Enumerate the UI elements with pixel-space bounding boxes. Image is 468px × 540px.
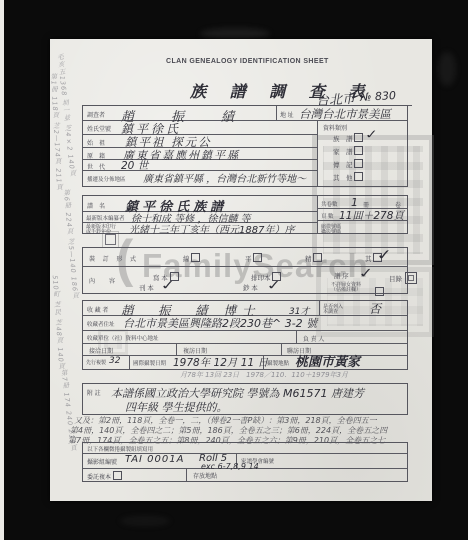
volumes-label: 共卷數 [321,200,338,208]
origin-label: 原 籍 [87,151,105,160]
content-option-copied: 鈔 本 [243,283,258,292]
film-place-value: 桃園市黃家 [295,351,360,370]
printed-header: CLAN GENEALOGY IDENTIFICATION SHEET [166,58,329,65]
pages-value: 11囬＋278頁 [339,208,404,223]
editors-label: 最新版本編纂者 [86,214,125,222]
checkbox-icon [191,253,200,262]
category-option-family: 家 譜 [333,146,363,156]
address-value: 台灣台北市景美區 [299,106,391,122]
title-label: 譜 名 [87,201,105,210]
checkmark: ✓ [375,247,393,264]
form-paper: 毛亥五1368 圳一並 芝4×2 140頁 第1冊 118頁 芝2—174頁 2… [50,39,432,501]
category-label: 資料類別 [323,123,347,132]
film-date-value: 1978年 12月 11 日 [173,355,268,370]
unit-number-label: 攝影組編號 [87,457,117,466]
doc-number: № 830 [360,89,397,104]
checkmark: ✓ [364,127,380,142]
table-line [129,355,130,369]
storage-place-label: 存放地點 [193,471,217,480]
binding-label: 裝 訂 形 式 [89,254,139,263]
option-label: 其 [365,256,372,263]
checkbox-icon [354,146,363,155]
copies-label: 先行複製 [86,359,106,366]
exclusion-note: exc 6-7,8,9 14 [201,462,259,471]
option-label: 傳 記 [333,162,353,169]
content-option-printed: 刊 本 [139,283,154,292]
checkmark: ✓ [358,265,375,281]
pencil-date-note: 月78年 13回 23日 1978／110．110＋1979年3月 [180,370,348,380]
option-label: 平 [245,256,252,263]
option-label: 線 [183,256,190,263]
option-label: 族 譜 [333,136,353,143]
binding-option-hard: 精 [305,253,322,263]
index-checkbox-icon [405,272,417,284]
checkmark: ✓ [266,277,283,293]
table-line [319,301,320,315]
content-label: 內 容 [89,276,119,285]
table-line [296,330,297,343]
ancestor-label: 始 祖 [87,138,105,147]
option-label: 鈔 本 [243,285,258,292]
option-label: 其 他 [333,175,353,182]
org-head-label: 負 責 人 [303,334,324,343]
spread-value: 廣東省鎮平縣 ，台灣台北新竹等地～ [143,170,306,185]
revisit-date-label: 複訪日期 [183,346,207,355]
contact-date-label: 接洽日期 [89,346,113,355]
copies-value: 32 [109,356,120,366]
content-option-preface: 譜 序 [334,271,349,280]
women-checkbox [375,282,384,300]
surveyor-label: 調查者 [87,110,105,119]
option-label: 刊 本 [139,285,154,292]
spread-label: 播遷及分佈地區 [87,175,126,183]
film-place-label: 攝製地點 [267,359,289,367]
option-label: 精 [305,256,312,263]
option-label: 委託複本 [87,475,111,481]
content-option-women-note-line2: （佔備註欄） [331,286,361,293]
table-line [317,196,318,233]
notes-line2: 四年級 學生提供的。 [125,399,228,415]
table-line [276,106,277,120]
listed-label-line2: 本調查 [323,308,338,315]
checkbox-icon [354,133,363,142]
category-option-other: 其 他 [333,172,363,182]
owner-address-value: 台北市景美區興隆路2段230巷^ 3-2 號 [123,315,317,331]
org-address-label: 收藏單位（社）資料中心地址 [87,334,159,342]
address-label: 地 址 [280,110,294,119]
checkbox-icon [113,471,122,480]
filming-table: 以下各欄微捲攝製組填寫用 攝影組編號 TAI 0001A Roll 5 家譜學會… [82,442,408,482]
notes-label: 附 註 [87,388,101,397]
checkmark: ✓ [160,277,177,293]
genealogy-table: 譜 名 鎮平徐氏族譜 最新版本編纂者 徐士和成 等修 ，徐信麟 等 最新版本印行… [82,195,408,234]
copy-label: 委託複本 [87,471,122,481]
pages-label: 頁 數 [321,212,334,220]
checkbox-icon [313,253,322,262]
year-value: 光緒十三年丁亥年（西元1887年）序 [129,221,294,236]
scan-smudge [120,516,170,526]
microfilm-label-line2: 攝影號碼 [321,228,341,235]
checkbox-icon [253,253,262,262]
year-label-line2: 或手鈔年份 [86,228,111,235]
category-option-biography: 傳 記 [333,159,363,169]
holder-table: 收 藏 者 趙 振 績 博士 31才 是否列入 本調查 否 收藏者住址 台北市景… [82,300,408,370]
checkbox-icon [354,172,363,181]
fill-note: 以下各欄微捲攝製組填寫用 [87,445,153,453]
clan-label: 姓氏堂號 [87,124,111,133]
binding-option-thread: 線 [183,253,200,263]
table-line [176,343,177,355]
format-table: 裝 訂 形 式 線 平 精 其 ✓ 內 容 寫 本 排印本 譜 序 ✓ 目錄 刊… [82,247,408,294]
table-line [83,343,407,344]
option-label: 譜 序 [334,273,349,280]
category-option-genealogy: 族 譜 [333,133,363,143]
table-line [317,120,318,186]
unit-number-value: TAI 0001A [125,454,184,465]
content-option-index: 目錄 [389,274,402,283]
owner-address-label: 收藏者住址 [87,320,115,328]
film-date-label: 國際攝製日期 [133,359,166,367]
table-line [281,343,282,355]
scanned-document: 毛亥五1368 圳一並 芝4×2 140頁 第1冊 118頁 芝2—174頁 2… [0,0,468,540]
scan-smudge [438,52,456,86]
table-line [186,468,187,481]
checkbox-icon [354,159,363,168]
listed-value: 否 [369,300,381,317]
binding-option-paper: 平 [245,253,262,263]
generations-label: 世 代 [87,162,105,171]
clan-info-table: 調查者 趙 振 績 地 址 台灣台北市景美區 姓氏堂號 鎮平徐氏 始 祖 鎮平祖… [82,105,408,187]
owner-label: 收 藏 者 [87,305,108,314]
scan-edge-strip [0,0,4,540]
option-label: 家 譜 [333,149,353,156]
notes-box: 附 註 本譜係國立政治大學研究院 學號為 M61571 唐建芳 四年級 學生提供… [82,383,408,415]
checkbox-icon [375,287,384,296]
